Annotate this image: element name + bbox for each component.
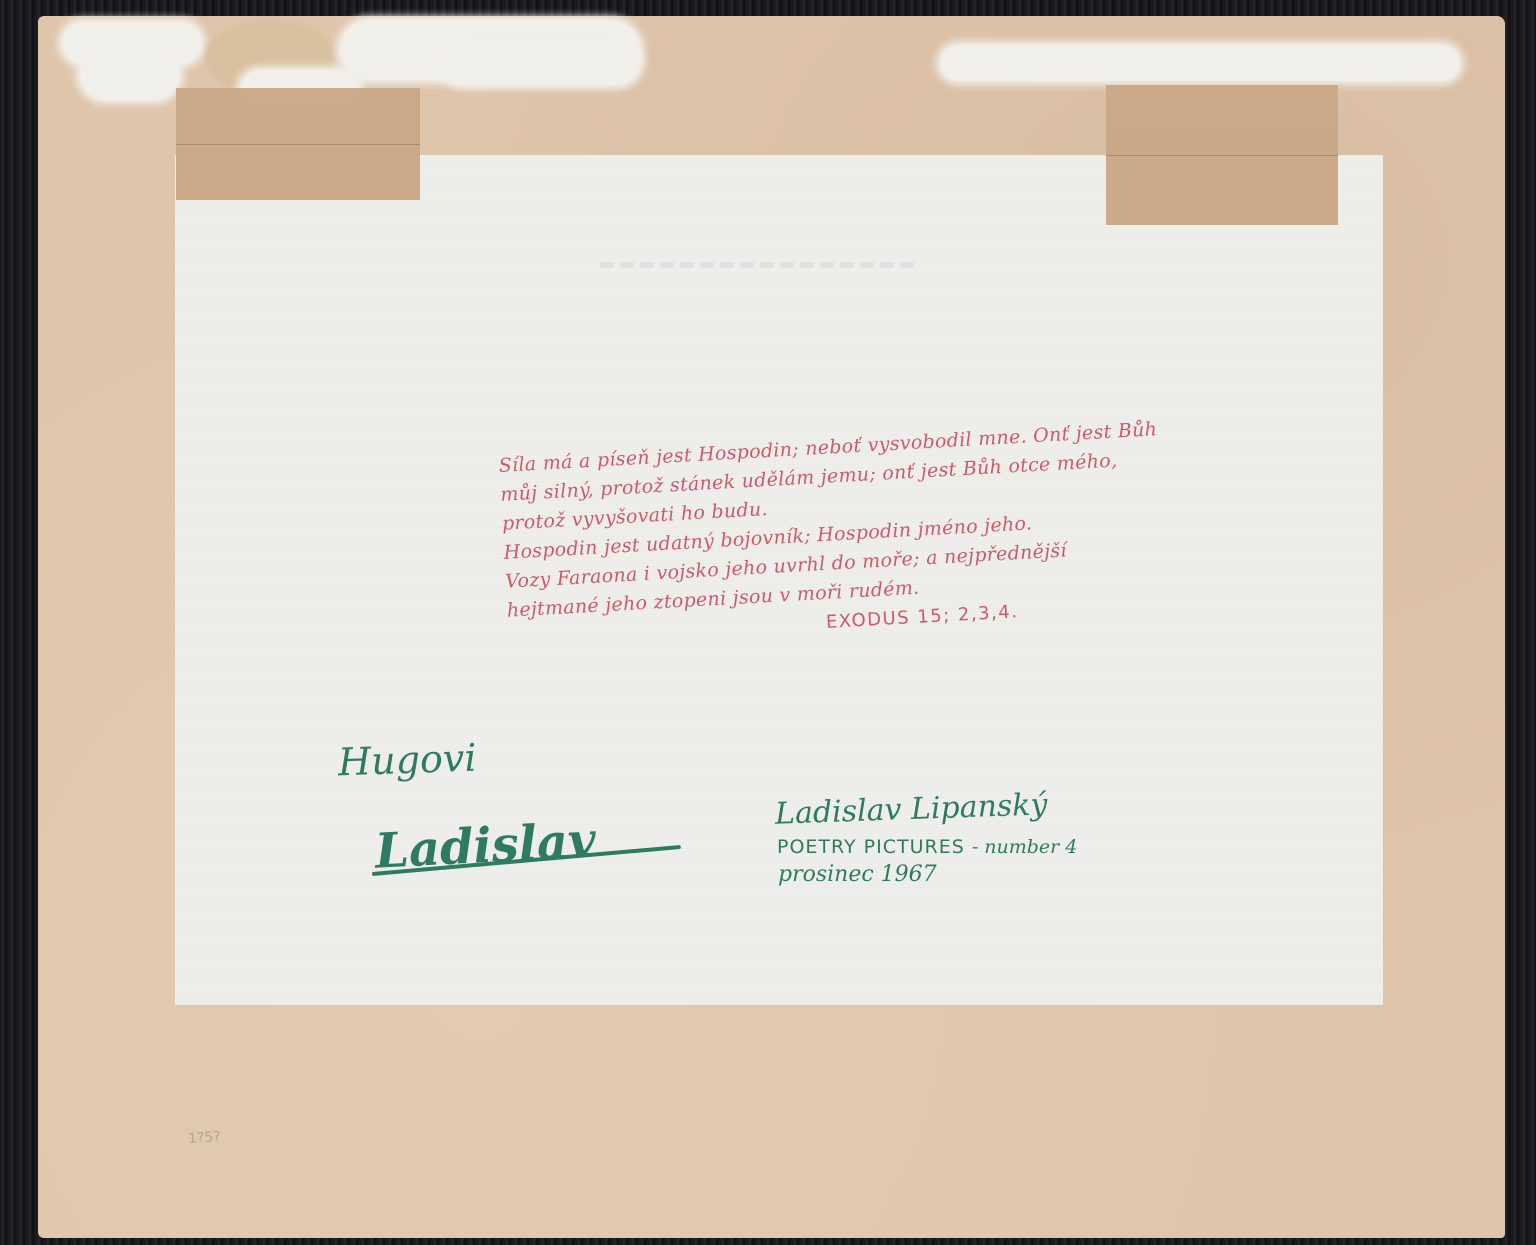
- series-title-text: POETRY PICTURES: [777, 836, 965, 858]
- dedication-text: Hugovi: [337, 736, 477, 785]
- date-text: prosinec 1967: [778, 862, 937, 887]
- faint-print-mark: [600, 262, 920, 268]
- tape-right: [1106, 85, 1338, 225]
- series-title: POETRY PICTURES - number 4: [777, 836, 1077, 858]
- series-number: - number 4: [972, 836, 1078, 858]
- torn-paper-right: [940, 45, 1460, 81]
- pencil-mark: 1?5?: [187, 1129, 221, 1147]
- tape-left: [176, 88, 420, 200]
- torn-paper-center-2: [440, 40, 640, 85]
- torn-paper-left-2: [80, 50, 180, 100]
